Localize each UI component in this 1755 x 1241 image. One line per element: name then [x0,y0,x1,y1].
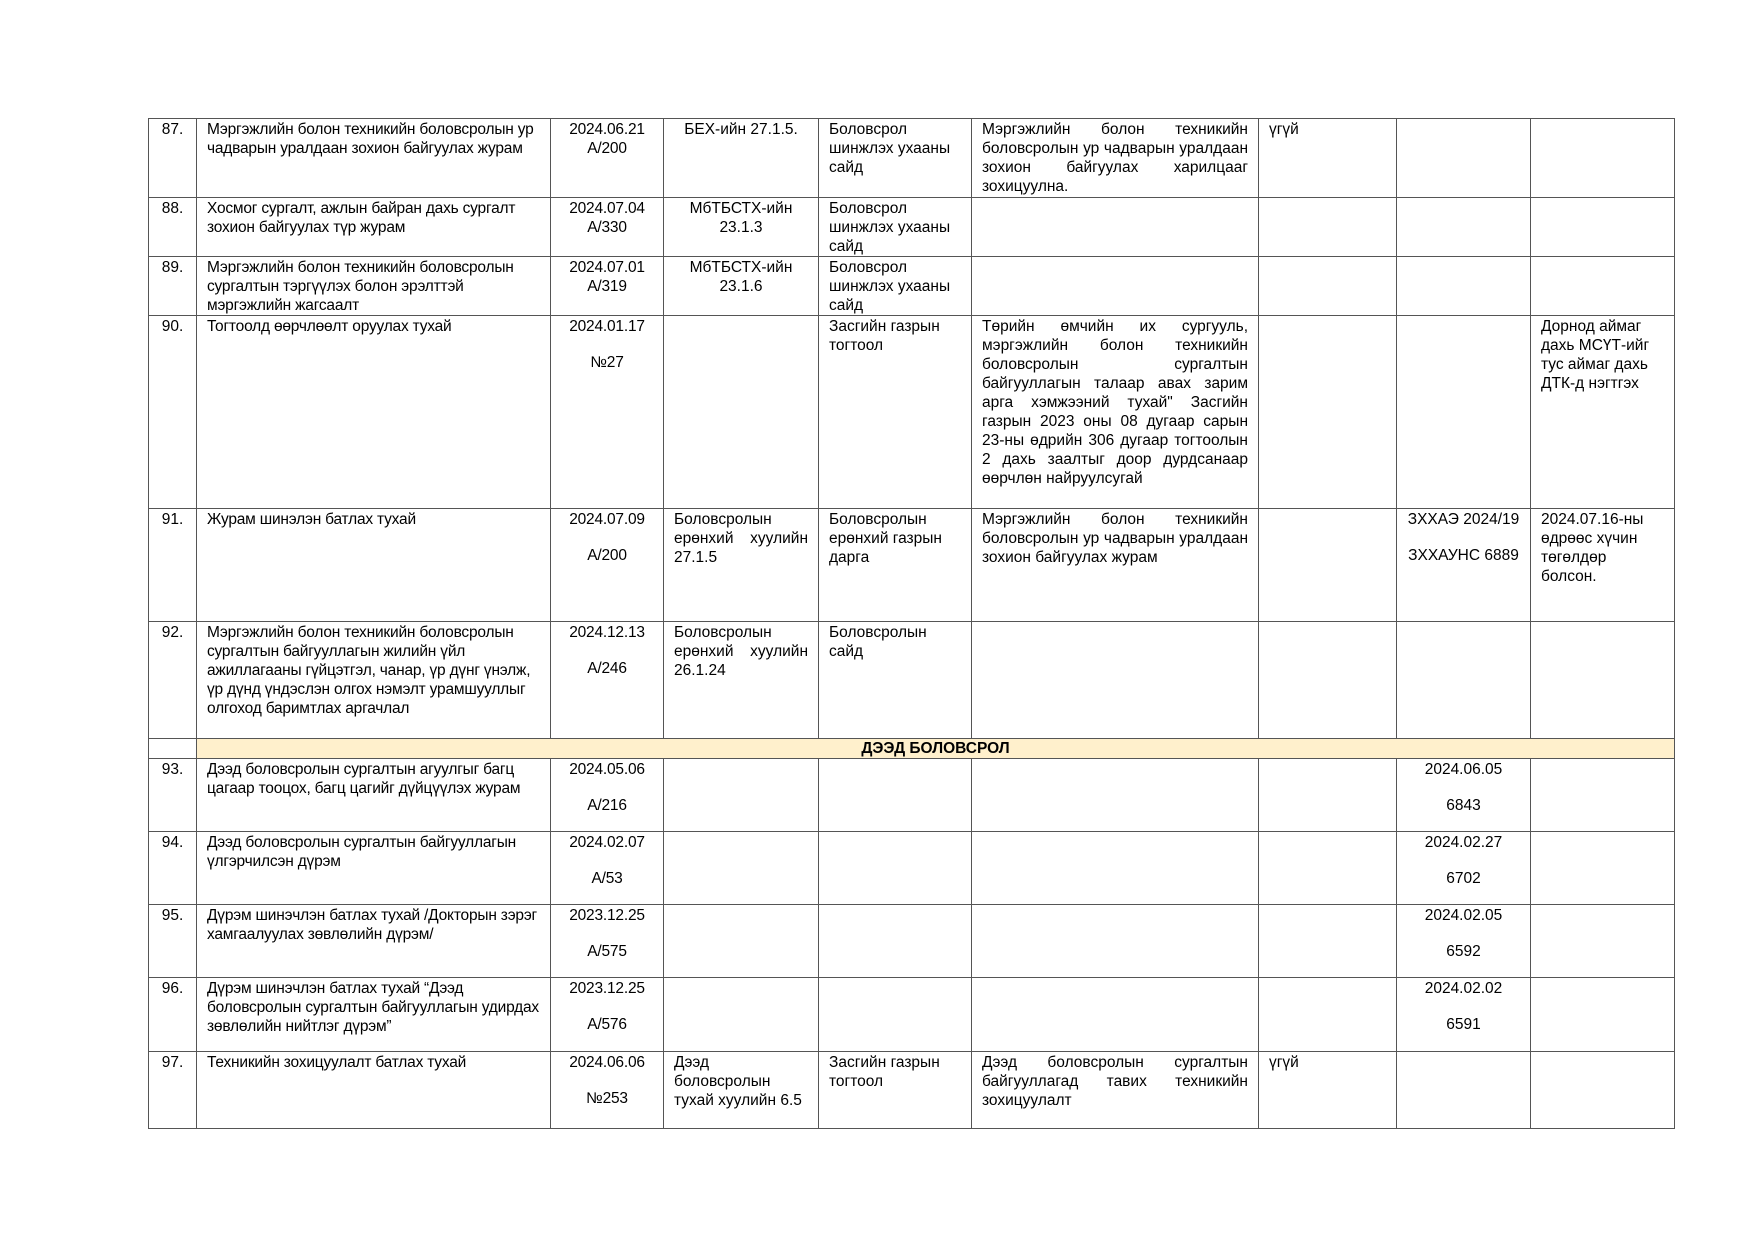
date-and-number-part-2: А/575 [561,942,653,961]
consultation [1259,905,1397,978]
scope: Мэргэжлийн болон техникийн боловсролын у… [972,119,1259,198]
date-and-number-part-1: 2024.05.06 [561,760,653,779]
date-and-number: 2024.06.06№253 [551,1052,664,1129]
section-empty-cell [149,739,197,759]
document-title: Тогтоолд өөрчлөөлт оруулах тухай [197,316,551,509]
date-and-number-part-1: 2024.01.17 [561,317,653,336]
registry-part-1: ЗХХАЭ 2024/19 [1407,510,1520,529]
table-row: 94.Дээд боловсролын сургалтын байгууллаг… [149,832,1675,905]
date-and-number-part-2: А/330 [561,218,653,237]
table-row: 92.Мэргэжлийн болон техникийн боловсролы… [149,622,1675,739]
date-and-number: 2024.07.09А/200 [551,509,664,622]
legal-basis: Дээд боловсролын тухай хуулийн 6.5 [664,1052,819,1129]
legal-basis: МбТБСТХ-ийн 23.1.6 [664,257,819,316]
registry-part-2: 6592 [1407,942,1520,961]
approver: Боловсрол шинжлэх ухааны сайд [819,119,972,198]
table-row: 90.Тогтоолд өөрчлөөлт оруулах тухай2024.… [149,316,1675,509]
consultation [1259,198,1397,257]
consultation: үгүй [1259,1052,1397,1129]
date-and-number: 2024.02.07А/53 [551,832,664,905]
document-title: Мэргэжлийн болон техникийн боловсролын у… [197,119,551,198]
consultation [1259,509,1397,622]
consultation [1259,622,1397,739]
table-row: 96.Дүрэм шинэчлэн батлах тухай “Дээд бол… [149,978,1675,1052]
registry [1397,257,1531,316]
row-number: 95. [149,905,197,978]
scope [972,832,1259,905]
scope [972,257,1259,316]
note: Дорнод аймаг дахь МСҮТ-ийг тус аймаг дах… [1531,316,1675,509]
date-and-number-part-1: 2023.12.25 [561,906,653,925]
registry [1397,316,1531,509]
row-number: 96. [149,978,197,1052]
registry: 2024.02.276702 [1397,832,1531,905]
document-title: Хосмог сургалт, ажлын байран дахь сургал… [197,198,551,257]
date-and-number-part-2: А/246 [561,659,653,678]
document-title: Дээд боловсролын сургалтын агуулгыг багц… [197,759,551,832]
row-number: 93. [149,759,197,832]
consultation [1259,257,1397,316]
consultation [1259,832,1397,905]
section-row: ДЭЭД БОЛОВСРОЛ [149,739,1675,759]
legal-basis: МбТБСТХ-ийн 23.1.3 [664,198,819,257]
note [1531,978,1675,1052]
document-title: Мэргэжлийн болон техникийн боловсролын с… [197,257,551,316]
document-title: Журам шинэлэн батлах тухай [197,509,551,622]
consultation [1259,759,1397,832]
approver: Боловсрол шинжлэх ухааны сайд [819,198,972,257]
table-row: 97.Техникийн зохицуулалт батлах тухай202… [149,1052,1675,1129]
table-row: 93.Дээд боловсролын сургалтын агуулгыг б… [149,759,1675,832]
table-row: 88.Хосмог сургалт, ажлын байран дахь сур… [149,198,1675,257]
date-and-number-part-1: 2024.06.21 [561,120,653,139]
date-and-number-part-1: 2023.12.25 [561,979,653,998]
scope [972,978,1259,1052]
regulations-table: 87.Мэргэжлийн болон техникийн боловсролы… [148,118,1675,1129]
registry-part-1: 2024.02.27 [1407,833,1520,852]
row-number: 92. [149,622,197,739]
approver: Боловсрол шинжлэх ухааны сайд [819,257,972,316]
scope: Төрийн өмчийн их сургууль, мэргэжлийн бо… [972,316,1259,509]
registry: 2024.02.026591 [1397,978,1531,1052]
date-and-number-part-2: А/200 [561,546,653,565]
date-and-number: 2024.05.06А/216 [551,759,664,832]
approver [819,978,972,1052]
date-and-number: 2024.07.01А/319 [551,257,664,316]
row-number: 97. [149,1052,197,1129]
note [1531,622,1675,739]
row-number: 89. [149,257,197,316]
registry: 2024.06.056843 [1397,759,1531,832]
approver: Засгийн газрын тогтоол [819,316,972,509]
legal-basis [664,832,819,905]
registry-part-1: 2024.06.05 [1407,760,1520,779]
registry [1397,622,1531,739]
row-number: 94. [149,832,197,905]
legal-basis: Боловсролын ерөнхий хуулийн 26.1.24 [664,622,819,739]
note [1531,759,1675,832]
date-and-number-part-2: А/319 [561,277,653,296]
legal-basis [664,978,819,1052]
registry [1397,119,1531,198]
date-and-number-part-2: А/200 [561,139,653,158]
row-number: 91. [149,509,197,622]
registry-part-1: 2024.02.02 [1407,979,1520,998]
document-title: Дээд боловсролын сургалтын байгууллагын … [197,832,551,905]
registry-part-2: 6702 [1407,869,1520,888]
scope: Дээд боловсролын сургалтын байгууллагад … [972,1052,1259,1129]
legal-basis [664,316,819,509]
approver [819,905,972,978]
approver: Боловсролын сайд [819,622,972,739]
registry-part-2: ЗХХАУНС 6889 [1407,546,1520,565]
approver [819,759,972,832]
date-and-number-part-2: А/576 [561,1015,653,1034]
approver: Боловсролын ерөнхий газрын дарга [819,509,972,622]
date-and-number: 2024.07.04А/330 [551,198,664,257]
row-number: 90. [149,316,197,509]
scope [972,759,1259,832]
date-and-number-part-1: 2024.07.09 [561,510,653,529]
date-and-number-part-2: А/216 [561,796,653,815]
note [1531,832,1675,905]
table-row: 89.Мэргэжлийн болон техникийн боловсролы… [149,257,1675,316]
registry-part-2: 6591 [1407,1015,1520,1034]
registry-part-1: 2024.02.05 [1407,906,1520,925]
table-row: 87.Мэргэжлийн болон техникийн боловсролы… [149,119,1675,198]
row-number: 87. [149,119,197,198]
date-and-number: 2024.12.13А/246 [551,622,664,739]
legal-basis [664,905,819,978]
note: 2024.07.16-ны өдрөөс хүчин төгөлдөр болс… [1531,509,1675,622]
legal-basis: БЕХ-ийн 27.1.5. [664,119,819,198]
scope [972,198,1259,257]
approver: Засгийн газрын тогтоол [819,1052,972,1129]
note [1531,257,1675,316]
registry: ЗХХАЭ 2024/19ЗХХАУНС 6889 [1397,509,1531,622]
consultation [1259,316,1397,509]
section-title: ДЭЭД БОЛОВСРОЛ [197,739,1675,759]
registry: 2024.02.056592 [1397,905,1531,978]
legal-basis: Боловсролын ерөнхий хуулийн 27.1.5 [664,509,819,622]
date-and-number-part-1: 2024.12.13 [561,623,653,642]
registry [1397,198,1531,257]
note [1531,119,1675,198]
consultation: үгүй [1259,119,1397,198]
date-and-number-part-2: №27 [561,353,653,372]
date-and-number-part-2: №253 [561,1089,653,1108]
document-title: Дүрэм шинэчлэн батлах тухай /Докторын зэ… [197,905,551,978]
date-and-number-part-1: 2024.06.06 [561,1053,653,1072]
date-and-number: 2024.06.21А/200 [551,119,664,198]
date-and-number-part-1: 2024.02.07 [561,833,653,852]
registry [1397,1052,1531,1129]
note [1531,198,1675,257]
registry-part-2: 6843 [1407,796,1520,815]
table-row: 91.Журам шинэлэн батлах тухай2024.07.09А… [149,509,1675,622]
scope: Мэргэжлийн болон техникийн боловсролын у… [972,509,1259,622]
approver [819,832,972,905]
date-and-number-part-1: 2024.07.04 [561,199,653,218]
note [1531,1052,1675,1129]
note [1531,905,1675,978]
date-and-number-part-1: 2024.07.01 [561,258,653,277]
table-row: 95.Дүрэм шинэчлэн батлах тухай /Докторын… [149,905,1675,978]
document-title: Техникийн зохицуулалт батлах тухай [197,1052,551,1129]
document-title: Мэргэжлийн болон техникийн боловсролын с… [197,622,551,739]
legal-basis [664,759,819,832]
consultation [1259,978,1397,1052]
date-and-number-part-2: А/53 [561,869,653,888]
date-and-number: 2024.01.17№27 [551,316,664,509]
scope [972,905,1259,978]
document-title: Дүрэм шинэчлэн батлах тухай “Дээд боловс… [197,978,551,1052]
row-number: 88. [149,198,197,257]
scope [972,622,1259,739]
date-and-number: 2023.12.25А/575 [551,905,664,978]
date-and-number: 2023.12.25А/576 [551,978,664,1052]
